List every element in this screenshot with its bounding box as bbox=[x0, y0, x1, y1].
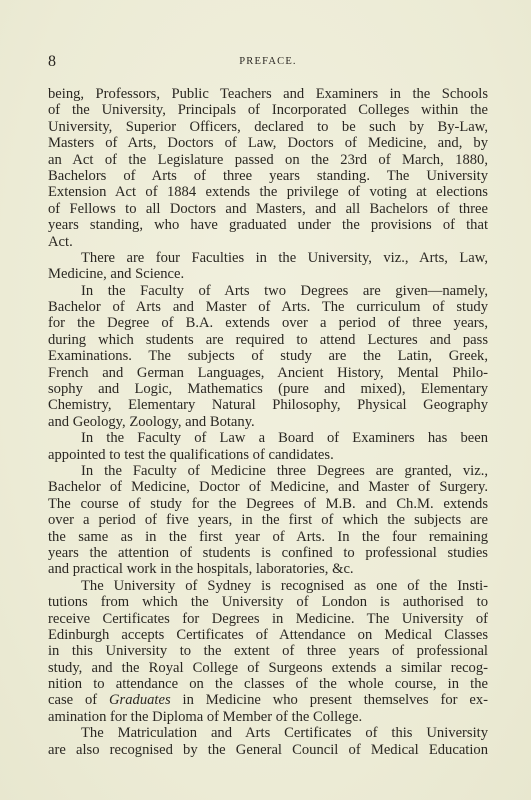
text-line: appointed to test the qualifications of … bbox=[48, 447, 488, 463]
paragraph: In the Faculty of Law a Board of Examine… bbox=[48, 430, 488, 463]
text-line: are also recognised by the General Counc… bbox=[48, 742, 488, 758]
text-line: of the University, Principals of Incorpo… bbox=[48, 102, 488, 118]
text-line: over a period of five years, in the firs… bbox=[48, 512, 488, 528]
text-line: case of Graduates in Medicine who presen… bbox=[48, 692, 488, 708]
text-line: of Fellows to all Doctors and Masters, a… bbox=[48, 201, 488, 217]
text-line: for the Degree of B.A. extends over a pe… bbox=[48, 315, 488, 331]
italic-term: Graduates bbox=[109, 692, 171, 708]
text-line: tutions from which the University of Lon… bbox=[48, 594, 488, 610]
text-line: In the Faculty of Medicine three Degrees… bbox=[48, 463, 488, 479]
text-line: in this University to the extent of thre… bbox=[48, 643, 488, 659]
page-header: 8 PREFACE. bbox=[48, 53, 488, 71]
text-run: in Medicine who present themselves for e… bbox=[171, 692, 488, 708]
text-line: amination for the Diploma of Member of t… bbox=[48, 709, 488, 725]
paragraph: The University of Sydney is recognised a… bbox=[48, 578, 488, 726]
text-line: In the Faculty of Law a Board of Examine… bbox=[48, 430, 488, 446]
text-line: the same as in the first year of Arts. I… bbox=[48, 529, 488, 545]
text-line: Bachelor of Medicine, Doctor of Medicine… bbox=[48, 479, 488, 495]
text-line: Edinburgh accepts Certificates of Attend… bbox=[48, 627, 488, 643]
text-line: nition to attendance on the classes of t… bbox=[48, 676, 488, 692]
body-text: being, Professors, Public Teachers and E… bbox=[48, 86, 488, 758]
paragraph: In the Faculty of Medicine three Degrees… bbox=[48, 463, 488, 578]
text-line: Masters of Arts, Doctors of Law, Doctors… bbox=[48, 135, 488, 151]
paragraph: In the Faculty of Arts two Degrees are g… bbox=[48, 283, 488, 431]
text-line: The course of study for the Degrees of M… bbox=[48, 496, 488, 512]
text-line: Examinations. The subjects of study are … bbox=[48, 348, 488, 364]
text-line: Chemistry, Elementary Natural Philosophy… bbox=[48, 397, 488, 413]
text-line: Act. bbox=[48, 234, 488, 250]
text-line: Medicine, and Science. bbox=[48, 266, 488, 282]
text-line: In the Faculty of Arts two Degrees are g… bbox=[48, 283, 488, 299]
paragraph: There are four Faculties in the Universi… bbox=[48, 250, 488, 283]
text-line: and Geology, Zoology, and Botany. bbox=[48, 414, 488, 430]
paragraph: The Matriculation and Arts Certificates … bbox=[48, 725, 488, 758]
text-line: an Act of the Legislature passed on the … bbox=[48, 152, 488, 168]
text-line: French and German Languages, Ancient His… bbox=[48, 365, 488, 381]
text-line: Bachelors of Arts of three years standin… bbox=[48, 168, 488, 184]
text-line: The University of Sydney is recognised a… bbox=[48, 578, 488, 594]
text-line: years the attention of students is confi… bbox=[48, 545, 488, 561]
text-line: Extension Act of 1884 extends the privil… bbox=[48, 184, 488, 200]
text-line: being, Professors, Public Teachers and E… bbox=[48, 86, 488, 102]
text-line: University, Superior Officers, declared … bbox=[48, 119, 488, 135]
text-line: receive Certificates for Degrees in Medi… bbox=[48, 611, 488, 627]
text-line: and practical work in the hospitals, lab… bbox=[48, 561, 488, 577]
text-line: during which students are required to at… bbox=[48, 332, 488, 348]
text-run: case of bbox=[48, 692, 109, 708]
text-line: The Matriculation and Arts Certificates … bbox=[48, 725, 488, 741]
text-line: Bachelor of Arts and Master of Arts. The… bbox=[48, 299, 488, 315]
text-line: years standing, who have graduated under… bbox=[48, 217, 488, 233]
paragraph: being, Professors, Public Teachers and E… bbox=[48, 86, 488, 250]
text-line: There are four Faculties in the Universi… bbox=[48, 250, 488, 266]
text-line: sophy and Logic, Mathematics (pure and m… bbox=[48, 381, 488, 397]
text-line: study, and the Royal College of Surgeons… bbox=[48, 660, 488, 676]
running-head: PREFACE. bbox=[48, 56, 488, 67]
